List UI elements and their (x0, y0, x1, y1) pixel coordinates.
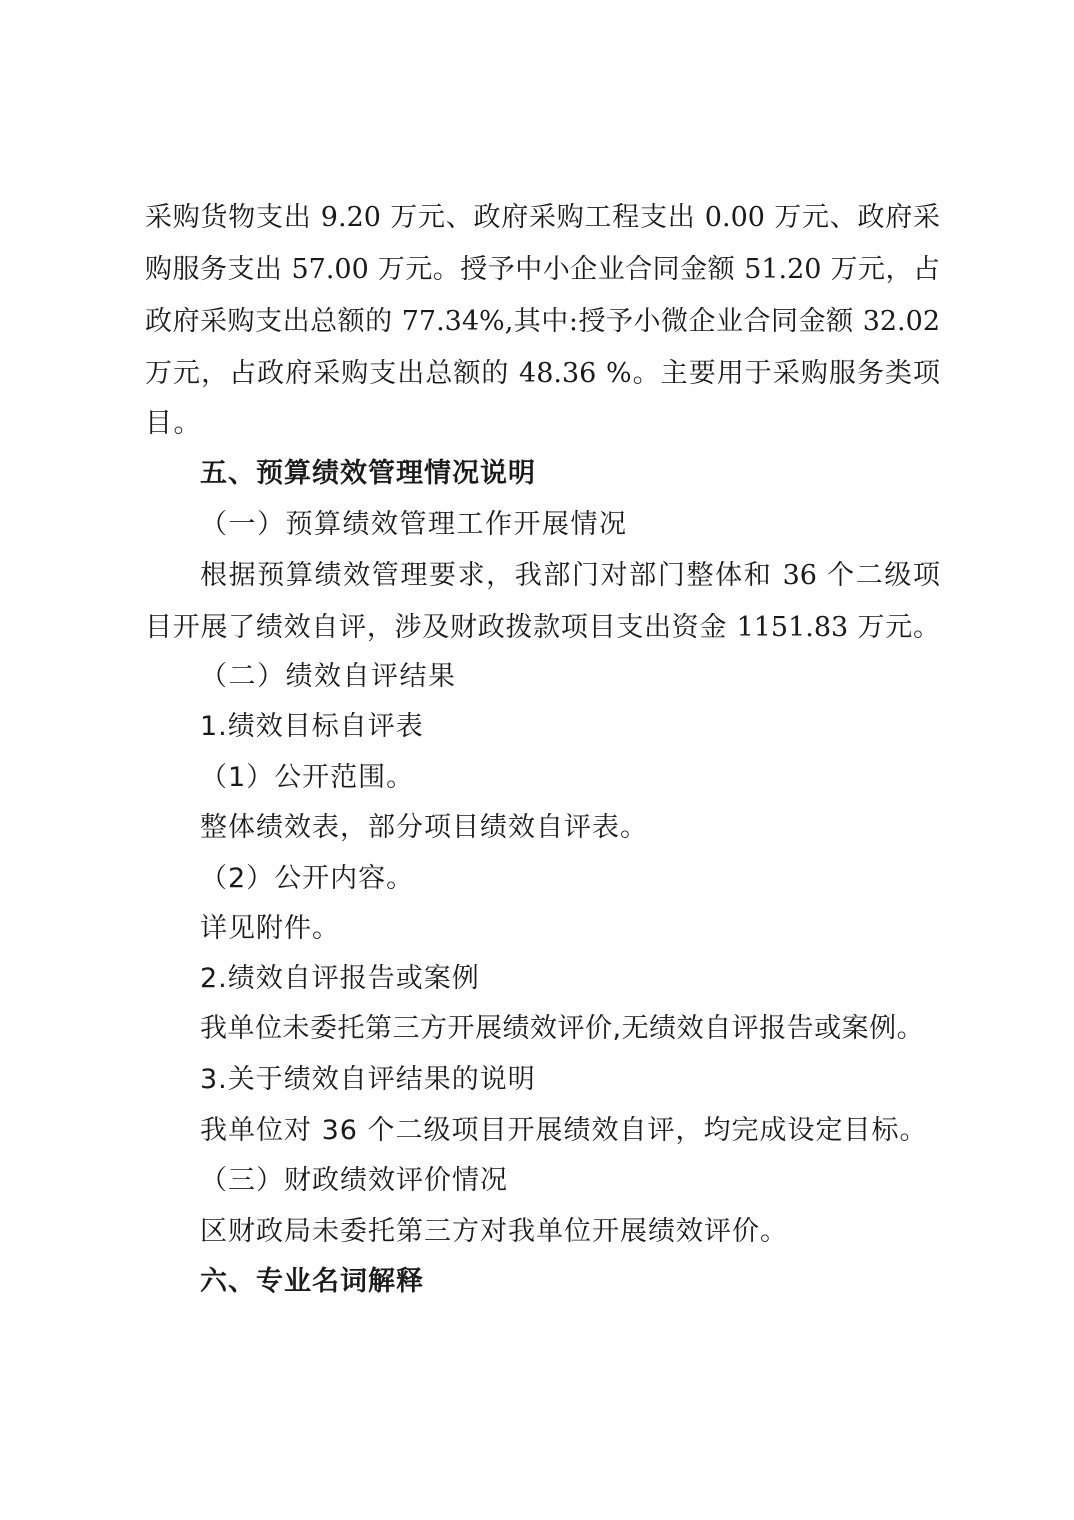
subsection-3-text: 区财政局未委托第三方对我单位开展绩效评价。 (200, 1214, 788, 1250)
procurement-paragraph-line-5: 目。 (145, 406, 202, 442)
item-1-heading: 1.绩效目标自评表 (200, 709, 424, 745)
subsection-1-body-line-1: 根据预算绩效管理要求，我部门对部门整体和 36 个二级项 (200, 558, 940, 594)
document-page: 采购货物支出 9.20 万元、政府采购工程支出 0.00 万元、政府采 购服务支… (0, 0, 1074, 1520)
item-3-text: 我单位对 36 个二级项目开展绩效自评，均完成设定目标。 (200, 1113, 928, 1149)
procurement-paragraph-line-2: 购服务支出 57.00 万元。授予中小企业合同金额 51.20 万元，占 (145, 252, 940, 288)
procurement-paragraph-line-3: 政府采购支出总额的 77.34%,其中:授予小微企业合同金额 32.02 (145, 304, 940, 340)
item-1-content-label: （2）公开内容。 (200, 861, 414, 897)
subsection-1-body-line-2: 目开展了绩效自评，涉及财政拨款项目支出资金 1151.83 万元。 (145, 610, 940, 646)
procurement-paragraph-line-4: 万元，占政府采购支出总额的 48.36 %。主要用于采购服务类项 (145, 356, 940, 392)
section-5-heading: 五、预算绩效管理情况说明 (200, 456, 536, 492)
item-2-heading: 2.绩效自评报告或案例 (200, 961, 480, 997)
section-6-heading: 六、专业名词解释 (200, 1264, 424, 1300)
subsection-2-heading: （二）绩效自评结果 (200, 659, 457, 695)
procurement-paragraph-line-1: 采购货物支出 9.20 万元、政府采购工程支出 0.00 万元、政府采 (145, 200, 940, 236)
item-2-text: 我单位未委托第三方开展绩效评价,无绩效自评报告或案例。 (200, 1011, 924, 1047)
subsection-1-heading: （一）预算绩效管理工作开展情况 (200, 507, 628, 543)
subsection-3-heading: （三）财政绩效评价情况 (200, 1163, 508, 1199)
item-1-scope-label: （1）公开范围。 (200, 760, 414, 796)
item-1-content-text: 详见附件。 (200, 911, 340, 947)
item-1-scope-text: 整体绩效表，部分项目绩效自评表。 (200, 810, 648, 846)
item-3-heading: 3.关于绩效自评结果的说明 (200, 1062, 536, 1098)
